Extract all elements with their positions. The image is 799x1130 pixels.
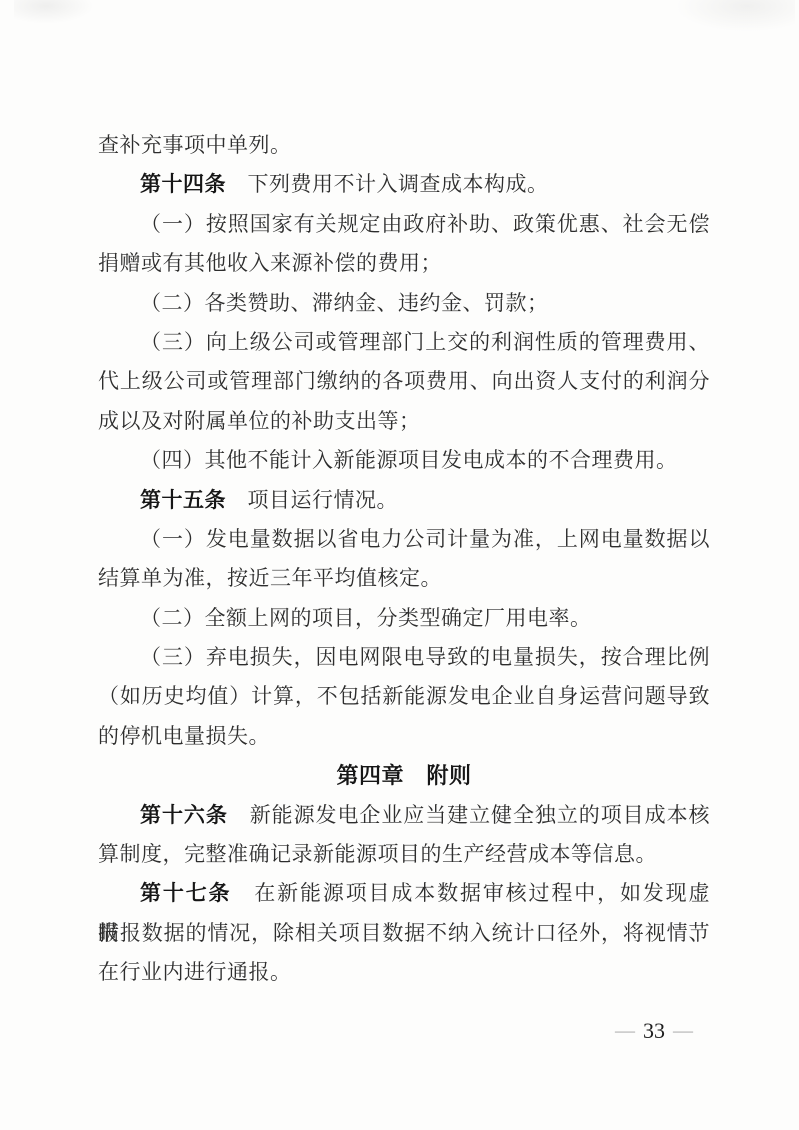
body-line: （四）其他不能计入新能源项目发电成本的不合理费用。	[98, 441, 710, 480]
body-line: 成以及对附属单位的补助支出等；	[98, 402, 710, 441]
body-line: 查补充事项中单列。	[98, 126, 710, 165]
chapter-heading-text: 第四章 附则	[336, 763, 471, 788]
text-segment: 瞒报数据的情况，除相关项目数据不纳入统计口径外，将视情节	[98, 921, 710, 945]
article-line: 第十四条 下列费用不计入调查成本构成。	[98, 165, 710, 204]
document-body: 查补充事项中单列。第十四条 下列费用不计入调查成本构成。（一）按照国家有关规定由…	[98, 126, 710, 993]
text-segment: 的停机电量损失。	[98, 724, 270, 748]
text-segment: 在行业内进行通报。	[98, 960, 292, 984]
body-line: （如历史均值）计算，不包括新能源发电企业自身运营问题导致	[98, 677, 710, 716]
body-line: 算制度，完整准确记录新能源项目的生产经营成本等信息。	[98, 835, 710, 874]
text-segment: （四）其他不能计入新能源项目发电成本的不合理费用。	[140, 448, 678, 472]
text-segment: （二）各类赞助、滞纳金、违约金、罚款；	[140, 291, 549, 315]
article-line: 第十七条 在新能源项目成本数据审核过程中，如发现虚报、	[98, 874, 710, 913]
page-number-group: — 33 —	[615, 1016, 693, 1046]
article-number: 第十六条	[140, 803, 228, 827]
text-segment: 下列费用不计入调查成本构成。	[226, 172, 549, 196]
body-line: 捐赠或有其他收入来源补偿的费用；	[98, 244, 710, 283]
article-number: 第十四条	[140, 172, 226, 196]
text-segment: 算制度，完整准确记录新能源项目的生产经营成本等信息。	[98, 842, 657, 866]
body-line: （一）按照国家有关规定由政府补助、政策优惠、社会无偿	[98, 205, 710, 244]
text-segment: （一）发电量数据以省电力公司计量为准，上网电量数据以	[140, 527, 710, 551]
text-segment: 项目运行情况。	[226, 488, 398, 512]
text-segment: （三）弃电损失，因电网限电导致的电量损失，按合理比例	[140, 645, 710, 669]
body-line: 代上级公司或管理部门缴纳的各项费用、向出资人支付的利润分	[98, 362, 710, 401]
article-line: 第十五条 项目运行情况。	[98, 481, 710, 520]
footer-dash-left: —	[615, 1018, 635, 1044]
body-line: 的停机电量损失。	[98, 717, 710, 756]
footer-dash-right: —	[673, 1018, 693, 1044]
text-segment: 查补充事项中单列。	[98, 133, 292, 157]
document-page: 查补充事项中单列。第十四条 下列费用不计入调查成本构成。（一）按照国家有关规定由…	[0, 0, 799, 1130]
text-segment: 捐赠或有其他收入来源补偿的费用；	[98, 251, 442, 275]
body-line: （三）向上级公司或管理部门上交的利润性质的管理费用、	[98, 323, 710, 362]
body-line: （二）各类赞助、滞纳金、违约金、罚款；	[98, 284, 710, 323]
text-segment: 新能源发电企业应当建立健全独立的项目成本核	[228, 803, 710, 827]
text-segment: （一）按照国家有关规定由政府补助、政策优惠、社会无偿	[140, 212, 710, 236]
text-segment: 代上级公司或管理部门缴纳的各项费用、向出资人支付的利润分	[98, 369, 710, 393]
text-segment: （二）全额上网的项目，分类型确定厂用电率。	[140, 606, 592, 630]
article-number: 第十五条	[140, 488, 226, 512]
page-number: 33	[643, 1016, 665, 1046]
article-line: 第十六条 新能源发电企业应当建立健全独立的项目成本核	[98, 796, 710, 835]
text-segment: 结算单为准，按近三年平均值核定。	[98, 566, 442, 590]
scan-artifact-top-right	[675, 0, 795, 32]
body-line: （三）弃电损失，因电网限电导致的电量损失，按合理比例	[98, 638, 710, 677]
chapter-heading: 第四章 附则	[98, 756, 710, 795]
article-number: 第十七条	[140, 881, 231, 905]
page-footer: — 33 —	[0, 1016, 799, 1046]
text-segment: 成以及对附属单位的补助支出等；	[98, 409, 421, 433]
text-segment: （三）向上级公司或管理部门上交的利润性质的管理费用、	[140, 330, 710, 354]
body-line: 结算单为准，按近三年平均值核定。	[98, 559, 710, 598]
body-line: （一）发电量数据以省电力公司计量为准，上网电量数据以	[98, 520, 710, 559]
scan-artifact-top-left	[14, 0, 94, 24]
body-line: 瞒报数据的情况，除相关项目数据不纳入统计口径外，将视情节	[98, 914, 710, 953]
body-line: 在行业内进行通报。	[98, 953, 710, 992]
body-line: （二）全额上网的项目，分类型确定厂用电率。	[98, 599, 710, 638]
text-segment: （如历史均值）计算，不包括新能源发电企业自身运营问题导致	[98, 684, 710, 708]
